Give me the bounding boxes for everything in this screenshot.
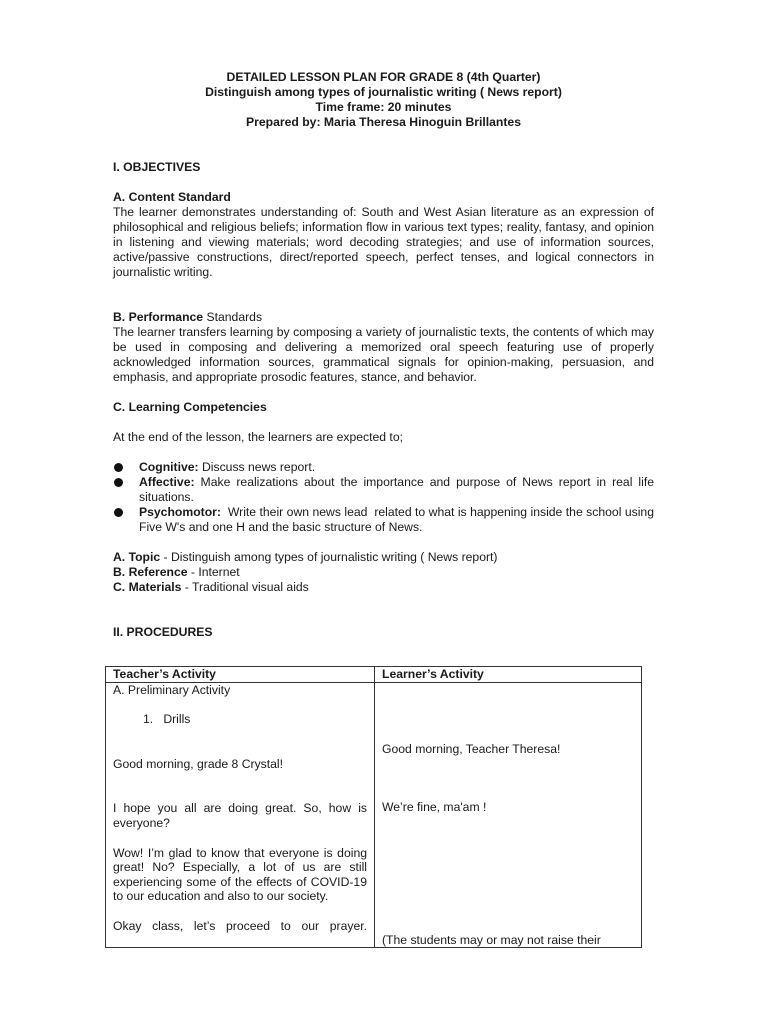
reference-text: - Internet: [188, 565, 240, 579]
competency-label: Cognitive:: [139, 460, 199, 474]
title-block: DETAILED LESSON PLAN FOR GRADE 8 (4th Qu…: [113, 70, 654, 130]
learner-activity-header: Learner’s Activity: [375, 667, 642, 683]
competency-text: Make realizations about the importance a…: [139, 475, 654, 504]
competency-item: Cognitive: Discuss news report.: [113, 460, 654, 475]
bullet-icon: [114, 463, 123, 472]
content-standard-text: The learner demonstrates understanding o…: [113, 205, 654, 280]
teacher-prayer: Okay class, let’s proceed to our prayer.: [113, 919, 367, 934]
materials-text: - Traditional visual aids: [181, 580, 308, 594]
competencies-list: Cognitive: Discuss news report. Affectiv…: [113, 460, 654, 535]
subject-matter: A. Topic - Distinguish among types of jo…: [113, 550, 654, 595]
bullet-icon: [114, 508, 123, 517]
learner-activity-cell: Good morning, Teacher Theresa! We’re fin…: [375, 682, 642, 948]
learning-competencies-heading: C. Learning Competencies: [113, 400, 654, 415]
teacher-covid-remark: Wow! I’m glad to know that everyone is d…: [113, 846, 367, 904]
drills-item: 1. Drills: [113, 712, 367, 727]
document-title: DETAILED LESSON PLAN FOR GRADE 8 (4th Qu…: [113, 70, 654, 85]
competency-item: Psychomotor: Write their own news lead r…: [113, 505, 654, 535]
performance-heading-rest: Standards: [203, 310, 262, 324]
reference-line: B. Reference - Internet: [113, 565, 654, 580]
table-header-row: Teacher’s Activity Learner’s Activity: [106, 667, 642, 683]
content-standard-heading: A. Content Standard: [113, 190, 654, 205]
topic-text: - Distinguish among types of journalisti…: [160, 550, 497, 564]
time-frame: Time frame: 20 minutes: [113, 100, 654, 115]
learner-prayer-reply: (The students may or may not raise their: [382, 933, 634, 948]
learner-greeting-reply: Good morning, Teacher Theresa!: [382, 742, 634, 757]
prepared-by: Prepared by: Maria Theresa Hinoguin Bril…: [113, 115, 654, 130]
teacher-greeting: Good morning, grade 8 Crystal!: [113, 757, 367, 772]
competency-label: Psychomotor:: [139, 505, 221, 519]
competency-label: Affective:: [139, 475, 195, 489]
objectives-heading: I. OBJECTIVES: [113, 160, 654, 175]
competencies-intro: At the end of the lesson, the learners a…: [113, 430, 654, 445]
materials-label: C. Materials: [113, 580, 181, 594]
procedures-table: Teacher’s Activity Learner’s Activity A.…: [105, 666, 642, 948]
document-subtitle: Distinguish among types of journalistic …: [113, 85, 654, 100]
preliminary-activity: A. Preliminary Activity: [113, 683, 367, 698]
procedures-heading: II. PROCEDURES: [113, 625, 654, 640]
lesson-plan-page: DETAILED LESSON PLAN FOR GRADE 8 (4th Qu…: [113, 70, 654, 640]
performance-heading-bold: B. Performance: [113, 310, 203, 324]
competency-text: Discuss news report.: [199, 460, 316, 474]
competency-item: Affective: Make realizations about the i…: [113, 475, 654, 505]
reference-label: B. Reference: [113, 565, 188, 579]
teacher-how-is-everyone: I hope you all are doing great. So, how …: [113, 801, 367, 830]
table-row: A. Preliminary Activity 1. Drills Good m…: [106, 682, 642, 948]
materials-line: C. Materials - Traditional visual aids: [113, 580, 654, 595]
bullet-icon: [114, 478, 123, 487]
teacher-activity-header: Teacher’s Activity: [106, 667, 375, 683]
performance-standard-text: The learner transfers learning by compos…: [113, 325, 654, 385]
teacher-activity-cell: A. Preliminary Activity 1. Drills Good m…: [106, 682, 375, 948]
topic-line: A. Topic - Distinguish among types of jo…: [113, 550, 654, 565]
learner-fine-reply: We’re fine, ma'am !: [382, 800, 634, 815]
topic-label: A. Topic: [113, 550, 160, 564]
performance-standard-heading: B. Performance Standards: [113, 310, 654, 325]
